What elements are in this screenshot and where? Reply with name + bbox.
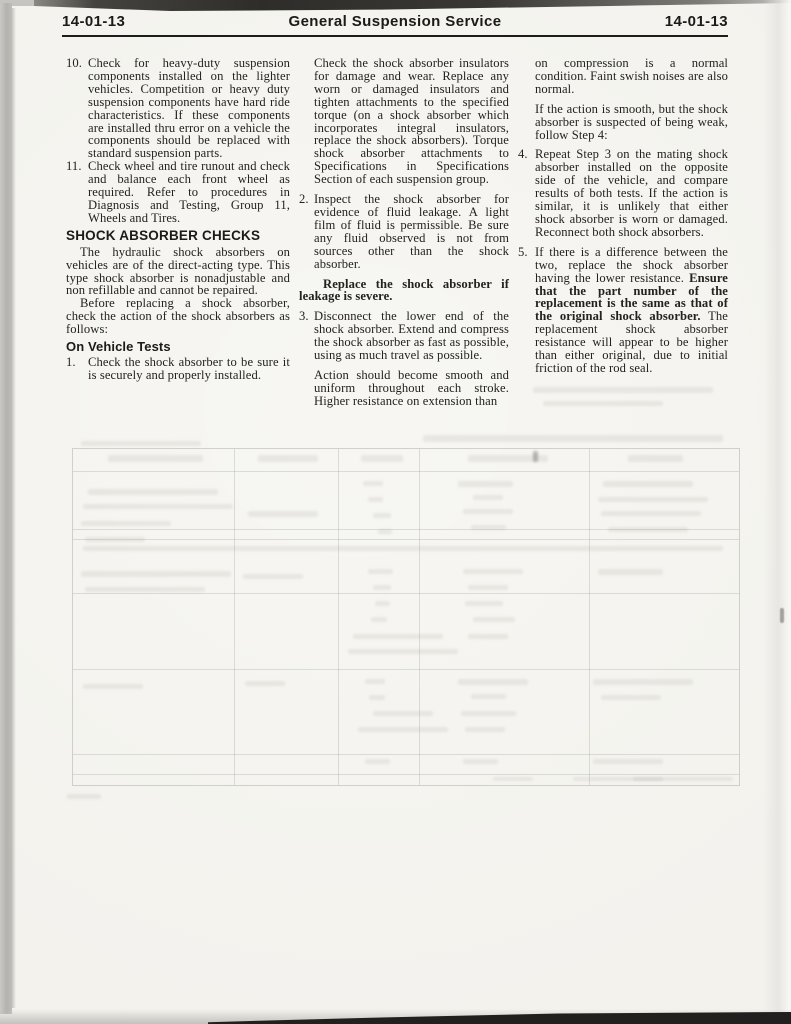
ghost-smudge — [81, 571, 231, 577]
paragraph: Action should become smooth and uniform … — [314, 369, 509, 408]
ghost-table-line — [73, 471, 739, 472]
item-text: Check wheel and tire runout and check an… — [88, 160, 290, 225]
ghost-smudge — [363, 481, 383, 486]
ghost-table-line — [234, 449, 235, 785]
ghost-table-bleedthrough — [72, 448, 740, 786]
ghost-table-line — [338, 449, 339, 785]
item-text: Check for heavy-duty suspension componen… — [88, 57, 290, 160]
page-number-right: 14-01-13 — [588, 13, 728, 30]
ghost-smudge — [465, 601, 503, 606]
ghost-smudge — [373, 585, 391, 590]
ghost-smudge — [473, 617, 515, 622]
ghost-smudge — [533, 387, 713, 393]
ghost-smudge — [67, 794, 101, 799]
page-title: General Suspension Service — [202, 13, 588, 30]
item-number: 11. — [66, 160, 88, 225]
ghost-smudge — [461, 711, 516, 716]
ghost-smudge — [375, 601, 390, 606]
ghost-smudge — [83, 504, 233, 509]
paragraph: Before replacing a shock absorber, check… — [66, 297, 290, 336]
ghost-smudge — [368, 569, 393, 574]
item-text: Disconnect the lower end of the shock ab… — [314, 310, 509, 362]
ghost-smudge — [608, 527, 688, 532]
ghost-smudge — [365, 759, 390, 764]
ghost-smudge — [108, 455, 203, 462]
ghost-smudge — [593, 759, 663, 764]
ghost-smudge — [81, 521, 171, 526]
list-item-4: 4. Repeat Step 3 on the mating shock abs… — [518, 148, 728, 238]
ghost-smudge — [598, 569, 663, 575]
ghost-smudge — [598, 497, 708, 502]
paragraph: The hydraulic shock absorbers on vehicle… — [66, 246, 290, 298]
ghost-smudge — [373, 711, 433, 716]
ghost-table-line — [73, 669, 739, 670]
item-number: 4. — [518, 148, 535, 238]
ghost-table-line — [73, 754, 739, 755]
item-number: 1. — [66, 356, 88, 382]
ghost-smudge — [248, 511, 318, 517]
column-2: Check the shock absorber insulators for … — [299, 57, 509, 408]
page-number-left: 14-01-13 — [62, 13, 202, 30]
ghost-smudge — [369, 695, 385, 700]
column-1: 10. Check for heavy-duty suspension comp… — [66, 57, 290, 408]
ghost-smudge — [83, 546, 723, 551]
ghost-table-line — [419, 449, 420, 785]
sub-heading: On Vehicle Tests — [66, 341, 290, 354]
ghost-smudge — [371, 617, 387, 622]
ghost-smudge — [83, 684, 143, 689]
ghost-smudge — [365, 679, 385, 684]
ghost-smudge — [601, 511, 701, 516]
list-item-5: 5. If there is a difference between the … — [518, 246, 728, 375]
ghost-smudge — [368, 497, 383, 502]
list-item-3: 3. Disconnect the lower end of the shock… — [299, 310, 509, 362]
column-3: on compression is a normal condition. Fa… — [518, 57, 728, 408]
bold-caution-note: Replace the shock absorber if leakage is… — [299, 278, 509, 304]
ghost-smudge — [378, 529, 392, 534]
ghost-smudge — [471, 525, 506, 530]
ghost-smudge — [633, 777, 733, 781]
ghost-smudge — [471, 694, 506, 699]
ghost-smudge — [458, 679, 528, 685]
ghost-smudge — [473, 495, 503, 500]
ghost-smudge — [493, 777, 533, 781]
ghost-table-line — [589, 449, 590, 785]
scan-edge-left — [0, 3, 12, 1014]
list-item-2: 2. Inspect the shock absorber for eviden… — [299, 193, 509, 270]
list-item-1: 1. Check the shock absorber to be sure i… — [66, 356, 290, 382]
item-text: Repeat Step 3 on the mating shock absorb… — [535, 148, 728, 238]
ghost-smudge — [593, 679, 693, 685]
ghost-smudge — [85, 587, 205, 592]
scan-edge-top — [34, 0, 791, 11]
ghost-smudge — [463, 569, 523, 574]
item-number: 2. — [299, 193, 314, 270]
page-edge-shadow-left — [12, 8, 16, 1008]
item-text: If there is a difference between the two… — [535, 246, 728, 375]
text-columns: 10. Check for heavy-duty suspension comp… — [66, 57, 728, 408]
item-text: Check the shock absorber to be sure it i… — [88, 356, 290, 382]
item-text: Inspect the shock absorber for evidence … — [314, 193, 509, 270]
ghost-table-line — [73, 774, 739, 775]
ghost-smudge — [358, 727, 448, 732]
item-number: 5. — [518, 246, 535, 375]
continuation-paragraph: on compression is a normal condition. Fa… — [535, 57, 728, 96]
list-item-10: 10. Check for heavy-duty suspension comp… — [66, 57, 290, 160]
ghost-smudge — [468, 585, 508, 590]
item-number: 10. — [66, 57, 88, 160]
ghost-smudge — [373, 513, 391, 518]
ghost-smudge — [85, 537, 145, 542]
ghost-smudge — [458, 481, 513, 487]
ghost-smudge — [353, 634, 443, 639]
ghost-smudge — [468, 634, 508, 639]
scanned-manual-page: 14-01-13 General Suspension Service 14-0… — [0, 0, 791, 1024]
ghost-smudge — [423, 435, 723, 442]
ghost-table-line — [73, 593, 739, 594]
ghost-smudge — [628, 455, 683, 462]
page-edge-fade-right — [763, 0, 791, 1024]
section-heading: SHOCK ABSORBER CHECKS — [66, 230, 290, 243]
ghost-table-line — [73, 539, 739, 540]
ghost-smudge — [81, 441, 201, 446]
ghost-smudge — [601, 695, 661, 700]
page-edge-smudge — [780, 608, 784, 623]
ghost-smudge — [463, 509, 513, 514]
ghost-smudge — [243, 574, 303, 579]
list-item-11: 11. Check wheel and tire runout and chec… — [66, 160, 290, 225]
ghost-smudge — [533, 451, 538, 462]
page-header: 14-01-13 General Suspension Service 14-0… — [62, 13, 728, 37]
ghost-smudge — [245, 681, 285, 686]
paragraph: If the action is smooth, but the shock a… — [535, 103, 728, 142]
ghost-smudge — [543, 401, 663, 406]
ghost-smudge — [361, 455, 403, 462]
continuation-paragraph: Check the shock absorber insulators for … — [314, 57, 509, 186]
ghost-smudge — [258, 455, 318, 462]
ghost-smudge — [348, 649, 458, 654]
ghost-smudge — [465, 727, 505, 732]
ghost-smudge — [603, 481, 693, 487]
ghost-smudge — [463, 759, 498, 764]
ghost-smudge — [88, 489, 218, 495]
item-number: 3. — [299, 310, 314, 362]
